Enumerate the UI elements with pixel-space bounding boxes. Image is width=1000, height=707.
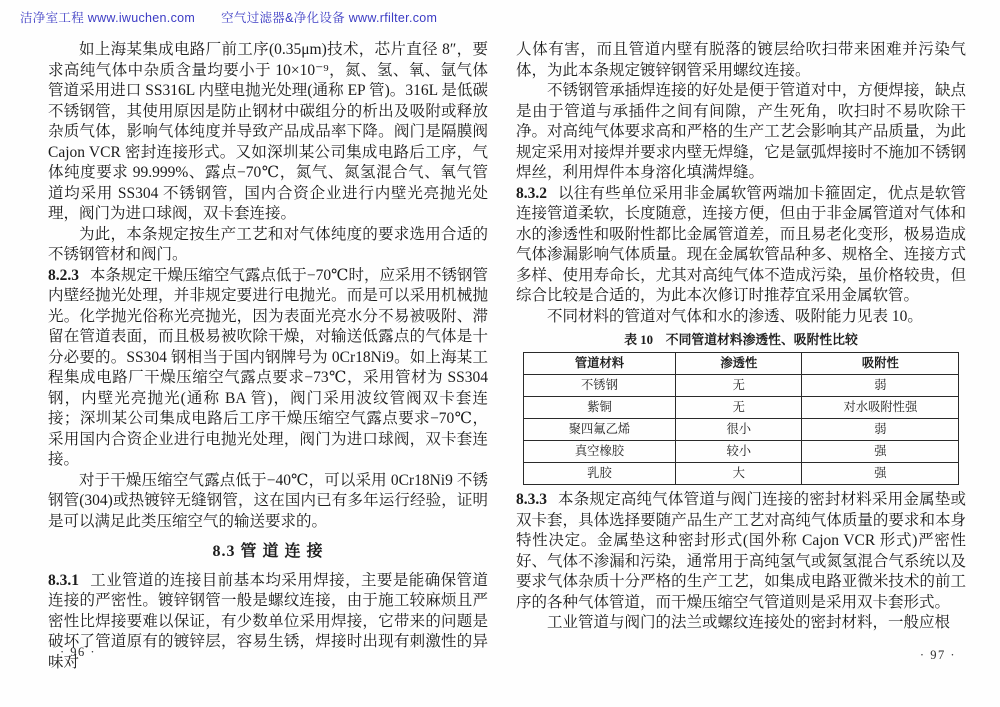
page-number-left: · 96 ·	[60, 645, 96, 660]
table-10-material-comparison: 管道材料 渗透性 吸附性 不锈钢 无 弱 紫铜 无 对水吸附性强 聚四氟乙烯	[523, 352, 960, 485]
clause-8-3-2: 8.3.2以往有些单位采用非金属软管两端加卡箍固定，优点是软管连接管道柔软，长度…	[516, 184, 966, 307]
paragraph-continuation: 人体有害，而且管道内壁有脱落的镀层给吹扫带来困难并污染气体，为此本条规定镀锌钢管…	[516, 40, 966, 81]
cell-adsorption: 弱	[802, 375, 959, 397]
table-row: 乳胶 大 强	[523, 463, 959, 485]
cell-material: 真空橡胶	[523, 441, 675, 463]
clause-number: 8.2.3	[48, 267, 79, 284]
cell-permeability: 较小	[676, 441, 802, 463]
left-page-column: 如上海某集成电路厂前工序(0.35μm)技术，芯片直径 8″，要求高纯气体中杂质…	[48, 40, 488, 673]
column-header-material: 管道材料	[523, 353, 675, 375]
column-header-adsorption: 吸附性	[802, 353, 959, 375]
page-number-right: · 97 ·	[920, 648, 956, 663]
table-row: 紫铜 无 对水吸附性强	[523, 397, 959, 419]
cell-material: 聚四氟乙烯	[523, 419, 675, 441]
cell-adsorption: 对水吸附性强	[802, 397, 959, 419]
clause-8-3-1: 8.3.1工业管道的连接目前基本均采用焊接，主要是能确保管道连接的严密性。镀锌钢…	[48, 571, 488, 674]
cell-material: 不锈钢	[523, 375, 675, 397]
paragraph-socket-weld: 不锈钢管承插焊连接的好处是便于管道对中，方便焊接，缺点是由于管道与承插件之间有间…	[516, 81, 966, 184]
clause-body-text: 本条规定高纯气体管道与阀门连接的密封材料采用金属垫或双卡套，具体选择要随产品生产…	[516, 491, 966, 611]
cell-permeability: 无	[676, 397, 802, 419]
section-heading-8-3: 8.3 管 道 连 接	[48, 542, 488, 563]
table-header-row: 管道材料 渗透性 吸附性	[523, 353, 959, 375]
site-watermark-header: 洁净室工程 www.iwuchen.com空气过滤器&净化设备 www.rfil…	[20, 8, 437, 26]
clause-body-text: 本条规定干燥压缩空气露点低于−70℃时，应采用不锈钢管内壁经抛光处理，并非规定要…	[48, 267, 488, 469]
watermark-link-left: 洁净室工程 www.iwuchen.com	[20, 11, 195, 25]
cell-permeability: 很小	[676, 419, 802, 441]
cell-permeability: 无	[676, 375, 802, 397]
table-row: 聚四氟乙烯 很小 弱	[523, 419, 959, 441]
cell-adsorption: 强	[802, 441, 959, 463]
clause-8-2-3: 8.2.3本条规定干燥压缩空气露点低于−70℃时，应采用不锈钢管内壁经抛光处理，…	[48, 266, 488, 471]
watermark-link-right: 空气过滤器&净化设备 www.rfilter.com	[221, 11, 437, 25]
scanned-book-page: 洁净室工程 www.iwuchen.com空气过滤器&净化设备 www.rfil…	[0, 0, 1000, 707]
clause-number: 8.3.1	[48, 572, 79, 589]
paragraph-dewpoint-40: 对于干燥压缩空气露点低于−40℃，可以采用 0Cr18Ni9 不锈钢管(304)…	[48, 471, 488, 533]
clause-number: 8.3.2	[516, 185, 547, 202]
clause-8-3-3: 8.3.3本条规定高纯气体管道与阀门连接的密封材料采用金属垫或双卡套，具体选择要…	[516, 490, 966, 613]
clause-body-text: 以往有些单位采用非金属软管两端加卡箍固定，优点是软管连接管道柔软，长度随意，连接…	[516, 185, 966, 305]
cell-permeability: 大	[676, 463, 802, 485]
cell-material: 乳胶	[523, 463, 675, 485]
table-10-caption: 表 10 不同管道材料渗透性、吸附性比较	[516, 331, 966, 349]
cell-adsorption: 弱	[802, 419, 959, 441]
paragraph-flange-seal: 工业管道与阀门的法兰或螺纹连接处的密封材料，一般应根	[516, 613, 966, 634]
clause-number: 8.3.3	[516, 491, 547, 508]
paragraph-example-shanghai: 如上海某集成电路厂前工序(0.35μm)技术，芯片直径 8″，要求高纯气体中杂质…	[48, 40, 488, 225]
table-row: 不锈钢 无 弱	[523, 375, 959, 397]
paragraph-conclusion: 为此，本条规定按生产工艺和对气体纯度的要求选用合适的不锈钢管材和阀门。	[48, 225, 488, 266]
paragraph-table-intro: 不同材料的管道对气体和水的渗透、吸附能力见表 10。	[516, 307, 966, 328]
clause-body-text: 工业管道的连接目前基本均采用焊接，主要是能确保管道连接的严密性。镀锌钢管一般是螺…	[48, 572, 488, 671]
table-row: 真空橡胶 较小 强	[523, 441, 959, 463]
right-page-column: 人体有害，而且管道内壁有脱落的镀层给吹扫带来困难并污染气体，为此本条规定镀锌钢管…	[516, 40, 966, 634]
cell-material: 紫铜	[523, 397, 675, 419]
column-header-permeability: 渗透性	[676, 353, 802, 375]
cell-adsorption: 强	[802, 463, 959, 485]
